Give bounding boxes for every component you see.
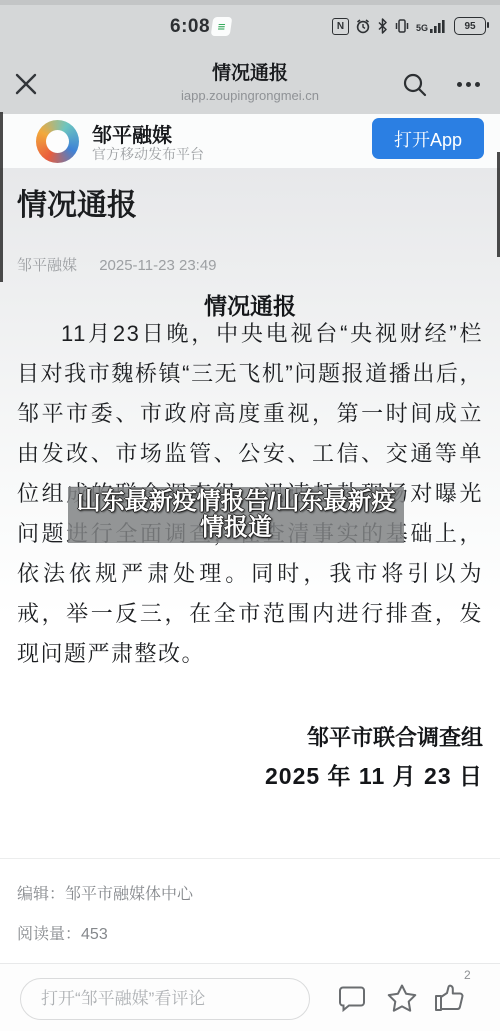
editor-value: 邹平市融媒体中心 xyxy=(65,886,193,903)
article-source: 邹平融媒 xyxy=(17,257,77,274)
notice-signature: 邹平市联合调查组 xyxy=(307,721,483,752)
open-app-button[interactable]: 打开App xyxy=(372,118,484,159)
editor-label: 编辑： xyxy=(17,886,65,903)
browser-page-title: 情况通报 xyxy=(80,60,420,88)
article-byline: 邹平融媒 2025-11-23 23:49 xyxy=(17,254,217,275)
editor-row: 编辑：邹平市融媒体中心 xyxy=(17,881,193,904)
signal-5g-icon: 5G xyxy=(416,19,448,33)
views-row: 阅读量：453 xyxy=(17,921,108,944)
views-value: 453 xyxy=(81,926,108,943)
battery-icon: 95 xyxy=(454,17,486,35)
clock: 6:08 xyxy=(170,16,210,38)
browser-header: 情况通报 iapp.zoupingrongmei.cn xyxy=(0,56,500,115)
like-thumb-icon[interactable] xyxy=(434,984,464,1012)
status-bar: 6:08 ≡ N 5G 95 xyxy=(0,0,500,56)
status-icons: N 5G 95 xyxy=(332,17,486,35)
search-icon[interactable] xyxy=(402,72,428,98)
app-tagline: 官方移动发布平台 xyxy=(92,144,204,164)
comment-icon[interactable] xyxy=(337,986,367,1012)
bottom-action-bar: 2 xyxy=(0,963,500,1031)
zouping-media-logo xyxy=(36,120,79,163)
status-app-icon: ≡ xyxy=(211,17,233,36)
phone-screen: 6:08 ≡ N 5G 95 情况通报 iapp.zoupi xyxy=(0,0,500,1031)
article-timestamp: 2025-11-23 23:49 xyxy=(99,257,216,274)
bluetooth-icon xyxy=(377,18,388,34)
image-edge-left xyxy=(0,112,3,282)
notice-date: 2025 年 11 月 23 日 xyxy=(265,758,483,791)
article-meta: 编辑：邹平市融媒体中心 阅读量：453 @带着微博看山东 xyxy=(0,858,500,964)
vibrate-icon xyxy=(394,18,410,34)
app-banner: 邹平融媒 官方移动发布平台 打开App xyxy=(0,114,500,169)
seo-overlay-caption: 山东最新疫情报告/山东最新疫情报道 xyxy=(68,487,404,543)
browser-url: iapp.zoupingrongmei.cn xyxy=(80,88,420,104)
views-label: 阅读量： xyxy=(17,926,81,943)
more-options-icon[interactable] xyxy=(457,82,480,87)
nfc-icon: N xyxy=(332,18,349,35)
page-header-center: 情况通报 iapp.zoupingrongmei.cn xyxy=(80,60,420,104)
like-count: 2 xyxy=(464,968,471,982)
article-title: 情况通报 xyxy=(17,180,137,224)
close-icon[interactable] xyxy=(14,72,40,98)
favorite-star-icon[interactable] xyxy=(386,983,418,1013)
alarm-icon xyxy=(355,18,371,34)
comment-input[interactable] xyxy=(20,978,310,1020)
article-body: 情况通报 邹平融媒 2025-11-23 23:49 情况通报 11月23日晚，… xyxy=(0,168,500,858)
